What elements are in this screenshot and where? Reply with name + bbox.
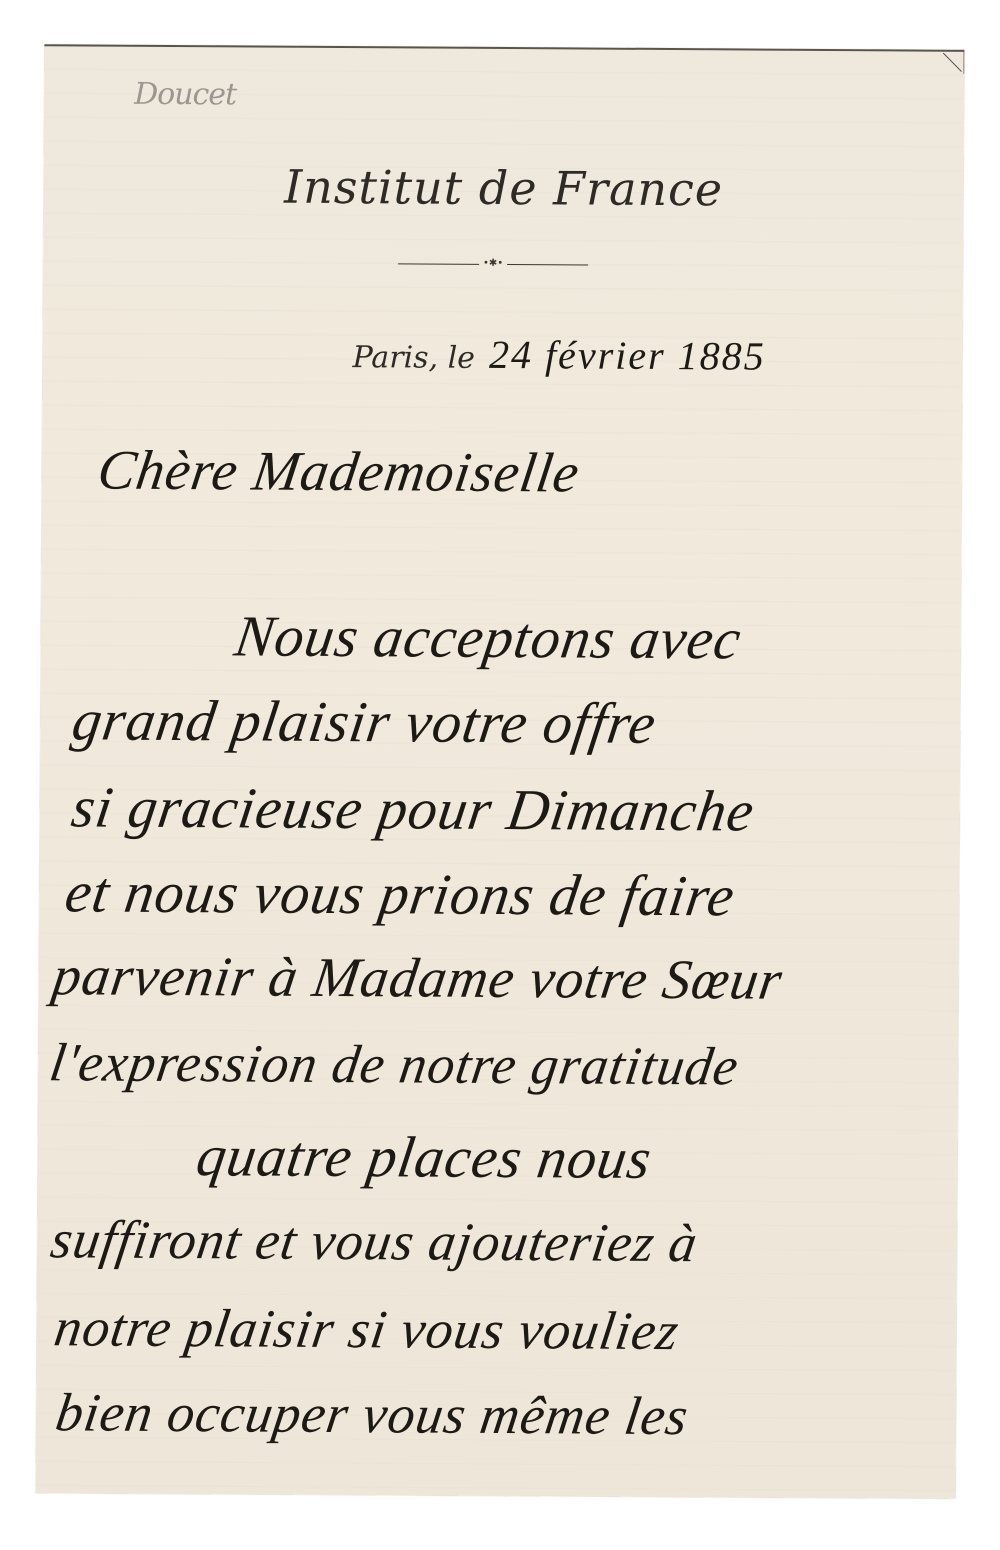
folded-corner [943, 52, 964, 74]
letterhead-title: Institut de France [43, 158, 963, 218]
body-line: parvenir à Madame votre Sœur [49, 944, 787, 1012]
letterhead-divider: •✱• [398, 257, 588, 270]
divider-line-right [507, 264, 588, 265]
dateline: Paris, le 24 février 1885 [352, 330, 765, 380]
body-line: grand plaisir votre offre [68, 686, 661, 757]
letter-page: Doucet Institut de France •✱• Paris, le … [36, 44, 965, 1499]
pencil-annotation: Doucet [134, 77, 236, 113]
body-line: bien occuper vous même les [52, 1381, 693, 1447]
divider-line-left [398, 263, 479, 264]
body-line: quatre places nous [192, 1122, 656, 1192]
body-line: et nous vous prions de faire [61, 858, 739, 929]
body-line: notre plaisir si vous vouliez [50, 1296, 683, 1362]
body-line: si gracieuse pour Dimanche [68, 773, 759, 844]
salutation: Chère Mademoiselle [94, 439, 584, 506]
dateline-printed: Paris, le [352, 340, 475, 376]
body-line: suffiront et vous ajouteriez à [47, 1208, 702, 1274]
dateline-handwritten-date: 24 février 1885 [489, 332, 766, 379]
body-line: Nous acceptons avec [231, 602, 746, 672]
divider-ornament-icon: •✱• [479, 259, 507, 269]
body-line: l'expression de notre gratitude [46, 1031, 743, 1097]
